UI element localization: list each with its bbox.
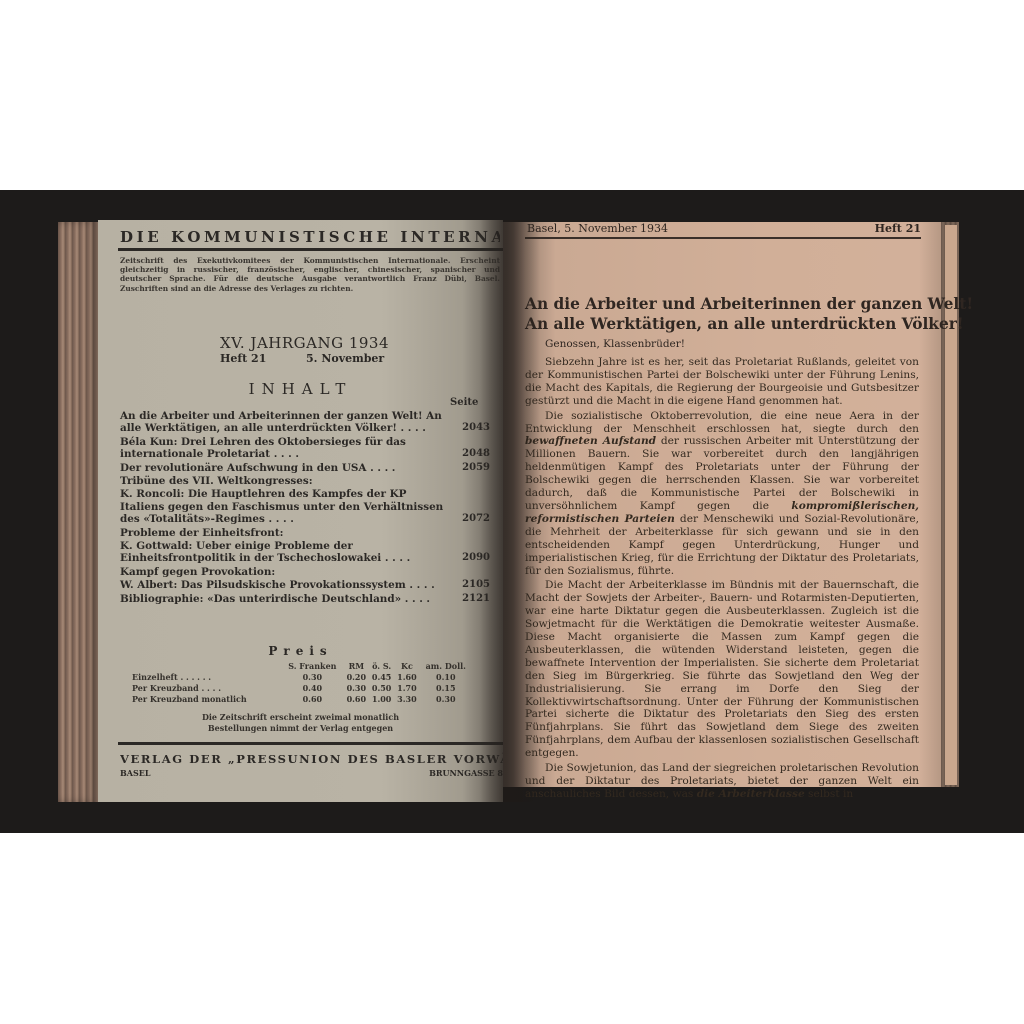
price-value: 0.30 <box>420 693 472 704</box>
toc-entry-title: K. Gottwald: Ueber einige Probleme der E… <box>120 540 410 564</box>
price-note-frequency: Die Zeitschrift erscheint zweimal monatl… <box>98 712 503 722</box>
price-value: 0.40 <box>281 682 344 693</box>
page-column-label: Seite <box>450 397 478 408</box>
price-row: Per Kreuzband . . . .0.400.300.501.700.1… <box>132 682 472 693</box>
price-value: 1.00 <box>369 693 394 704</box>
issue-number: Heft 21 <box>220 352 266 365</box>
price-note-orders: Bestellungen nimmt der Verlag entgegen <box>98 723 503 733</box>
toc-entry-page: 2048 <box>462 448 490 460</box>
price-value: 0.20 <box>344 671 369 682</box>
article-paragraph: Die Macht der Arbeiterklasse im Bündnis … <box>525 579 919 760</box>
toc-entry: Béla Kun: Drei Lehren des Oktobersieges … <box>120 436 490 461</box>
article-paragraph: Die sozialistische Oktoberrevolution, di… <box>525 410 919 578</box>
price-value: 0.10 <box>420 671 472 682</box>
salutation: Genossen, Klassenbrüder! <box>545 338 685 350</box>
toc-entry-page: 2105 <box>462 579 490 591</box>
running-head-rule <box>525 237 921 239</box>
toc-entry-title: K. Roncoli: Die Hauptlehren des Kampfes … <box>120 488 443 525</box>
price-value: 0.30 <box>344 682 369 693</box>
publisher-street: BRUNNGASSE 8 <box>429 768 503 778</box>
toc-section-heading: Tribüne des VII. Weltkongresses: <box>120 475 490 487</box>
toc-entry-title: Bibliographie: «Das unterirdische Deutsc… <box>120 593 430 605</box>
price-value: 0.45 <box>369 671 394 682</box>
price-value: 0.60 <box>344 693 369 704</box>
price-value: 0.15 <box>420 682 472 693</box>
volume-year: XV. JAHRGANG 1934 <box>220 334 389 352</box>
price-value: 3.30 <box>394 693 419 704</box>
toc-entry: K. Gottwald: Ueber einige Probleme der E… <box>120 540 490 565</box>
headline-line-1: An die Arbeiter und Arbeiterinnen der ga… <box>525 294 925 314</box>
issue-date: 5. November <box>306 352 384 365</box>
price-row: Per Kreuzband monatlich0.600.601.003.300… <box>132 693 472 704</box>
masthead-intro: Zeitschrift des Exekutivkomitees der Kom… <box>120 256 500 293</box>
right-page: Basel, 5. November 1934 Heft 21 An die A… <box>503 222 941 787</box>
price-row: Einzelheft . . . . . .0.300.200.451.600.… <box>132 671 472 682</box>
toc-entry: K. Roncoli: Die Hauptlehren des Kampfes … <box>120 488 490 525</box>
price-table: S. FrankenRMö. S.Kcam. Doll. Einzelheft … <box>132 660 472 704</box>
price-row-label: Per Kreuzband . . . . <box>132 682 281 693</box>
headline-line-2: An alle Werktätigen, an alle unterdrückt… <box>525 314 925 334</box>
price-column-header: Kc <box>394 660 419 671</box>
price-value: 0.60 <box>281 693 344 704</box>
toc-entry-title: Tribüne des VII. Weltkongresses: <box>120 475 313 487</box>
table-of-contents: An die Arbeiter und Arbeiterinnen der ga… <box>120 410 490 606</box>
toc-entry-page: 2121 <box>462 593 490 605</box>
publisher: VERLAG DER „PRESSUNION DES BASLER VORWÄR… <box>120 752 503 766</box>
running-head-issue: Heft 21 <box>875 222 921 235</box>
publisher-city: BASEL <box>120 768 150 778</box>
toc-entry-title: Béla Kun: Drei Lehren des Oktobersieges … <box>120 436 406 460</box>
toc-entry-page: 2090 <box>462 552 490 564</box>
toc-entry-page: 2072 <box>462 513 490 525</box>
toc-entry: Bibliographie: «Das unterirdische Deutsc… <box>120 593 490 605</box>
price-row-label: Einzelheft . . . . . . <box>132 671 281 682</box>
toc-entry: An die Arbeiter und Arbeiterinnen der ga… <box>120 410 490 435</box>
toc-entry-page: 2043 <box>462 422 490 434</box>
contents-heading: INHALT <box>98 380 503 398</box>
article-body: Siebzehn Jahre ist es her, seit das Prol… <box>525 356 919 803</box>
toc-entry: Der revolutionäre Aufschwung in den USA … <box>120 462 490 474</box>
price-value: 1.70 <box>394 682 419 693</box>
toc-section-heading: Kampf gegen Provokation: <box>120 566 490 578</box>
price-value: 1.60 <box>394 671 419 682</box>
toc-entry-title: Kampf gegen Provokation: <box>120 566 275 578</box>
toc-entry-title: An die Arbeiter und Arbeiterinnen der ga… <box>120 410 442 434</box>
toc-entry-title: W. Albert: Das Pilsudskische Provokation… <box>120 579 435 591</box>
price-value: 0.30 <box>281 671 344 682</box>
price-column-header: S. Franken <box>281 660 344 671</box>
price-column-header: ö. S. <box>369 660 394 671</box>
article-paragraph: Die Sowjetunion, das Land der siegreiche… <box>525 762 919 801</box>
price-value: 0.50 <box>369 682 394 693</box>
toc-entry-title: Probleme der Einheitsfront: <box>120 527 283 539</box>
masthead-rule <box>118 248 503 251</box>
article-headline: An die Arbeiter und Arbeiterinnen der ga… <box>525 294 925 334</box>
book-edges-left <box>58 222 98 802</box>
toc-entry: W. Albert: Das Pilsudskische Provokation… <box>120 579 490 591</box>
article-paragraph: Siebzehn Jahre ist es her, seit das Prol… <box>525 356 919 408</box>
price-column-header: am. Doll. <box>420 660 472 671</box>
toc-section-heading: Probleme der Einheitsfront: <box>120 527 490 539</box>
price-row-label: Per Kreuzband monatlich <box>132 693 281 704</box>
left-page: DIE KOMMUNISTISCHE INTERNATIONALE Zeitsc… <box>98 220 503 802</box>
running-head-date: Basel, 5. November 1934 <box>527 222 668 235</box>
toc-entry-page: 2059 <box>462 462 490 474</box>
masthead: DIE KOMMUNISTISCHE INTERNATIONALE <box>120 228 500 246</box>
price-column-header: RM <box>344 660 369 671</box>
toc-entry-title: Der revolutionäre Aufschwung in den USA … <box>120 462 395 474</box>
footer-rule <box>118 742 503 745</box>
price-heading: Preis <box>98 644 503 658</box>
